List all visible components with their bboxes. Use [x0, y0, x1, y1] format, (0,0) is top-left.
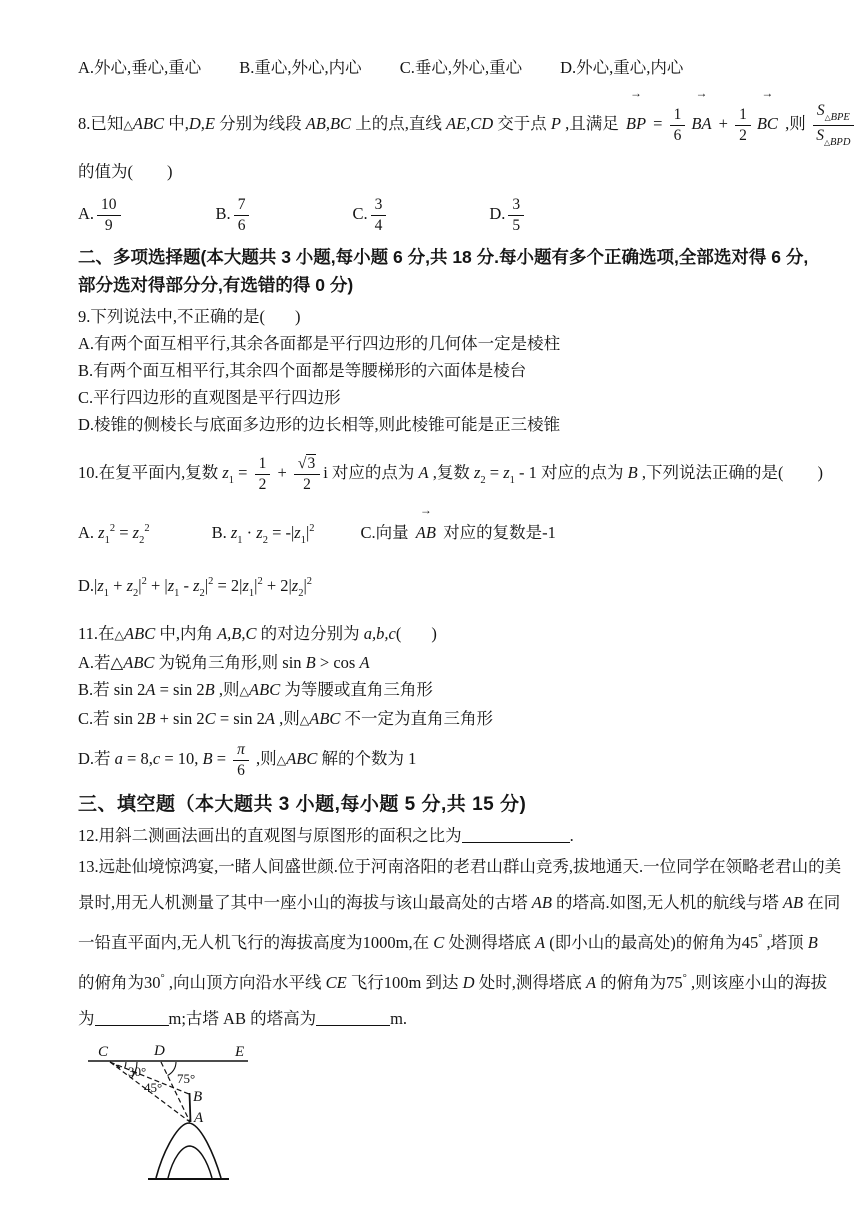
vector-arrow: →AB	[416, 516, 436, 549]
q8-options-row: A.109B.76C.34D.35	[78, 189, 820, 239]
question-13-figure: C D E B A 30° 45° 75°	[80, 1043, 820, 1191]
answer-blank	[316, 1008, 390, 1026]
q9-option-d: D.棱锥的侧棱长与底面多边形的边长相等,则此棱锥可能是正三棱锥	[78, 411, 820, 438]
figure-label-c: C	[98, 1044, 109, 1060]
q8-prompt: 的值为()	[78, 158, 820, 185]
angle-arc-30	[125, 1062, 127, 1069]
angle-arc-75	[168, 1062, 177, 1076]
vector-arrow: →BC	[757, 99, 778, 149]
q13-line-3: 一铅直平面内,无人机飞行的海拔高度为1000m,在 C 处测得塔底 A (即小山…	[78, 921, 820, 961]
q13-line-4: 的俯角为30° ,向山顶方向沿水平线 CE 飞行100m 到达 D 处时,测得塔…	[78, 961, 820, 1001]
q9-option-c: C.平行四边形的直观图是平行四边形	[78, 384, 820, 411]
q12-line: 12.用斜二测画法画出的直观图与原图形的面积之比为.	[78, 822, 820, 849]
q9-stem: 9.下列说法中,不正确的是()	[78, 303, 820, 330]
q13-line-5: 为m;古塔 AB 的塔高为m.	[78, 1001, 820, 1037]
figure-angle-75: 75°	[177, 1071, 195, 1086]
vector-arrow: →BP	[626, 99, 646, 149]
q10-option-d: D.|z1 + z2|2 + |z1 - z2|2 = 2|z1|2 + 2|z…	[78, 565, 820, 610]
q9-option-a: A.有两个面互相平行,其余各面都是平行四边形的几何体一定是棱柱	[78, 330, 820, 357]
q10-options-abc: A. z12 = z22B. z1 · z2 = -|z1|2C.向量 →AB …	[78, 512, 820, 557]
q11-option-b: B.若 sin 2A = sin 2B ,则△ABC 为等腰或直角三角形	[78, 676, 820, 705]
figure-label-b: B	[193, 1089, 202, 1105]
section-3-header: 三、填空题（本大题共 3 小题,每小题 5 分,共 15 分)	[78, 791, 820, 818]
mountain-inner	[168, 1146, 212, 1178]
q13-line-2: 景时,用无人机测量了其中一座小山的海拔与该山最高处的古塔 AB 的塔高.如图,无…	[78, 885, 820, 921]
section-2-header: 二、多项选择题(本大题共 3 小题,每小题 6 分,共 18 分.每小题有多个正…	[78, 243, 820, 299]
mountain-tower-diagram: C D E B A 30° 45° 75°	[80, 1043, 260, 1191]
q11-stem: 11.在△ABC 中,内角 A,B,C 的对边分别为 a,b,c()	[78, 620, 820, 649]
figure-label-d: D	[153, 1043, 165, 1059]
q11-option-c: C.若 sin 2B + sin 2C = sin 2A ,则△ABC 不一定为…	[78, 705, 820, 734]
figure-angle-45: 45°	[144, 1080, 162, 1095]
answer-blank	[95, 1008, 169, 1026]
q11-option-a: A.若△ABC 为锐角三角形,则 sin B > cos A	[78, 649, 820, 676]
q8-stem: 8.已知△ABC 中,D,E 分别为线段 AB,BC 上的点,直线 AE,CD …	[78, 99, 820, 150]
tower-ab	[190, 1093, 191, 1122]
mountain-outer	[156, 1123, 221, 1178]
figure-label-e: E	[234, 1044, 244, 1060]
q13-line-1: 13.远赴仙境惊鸿宴,一睹人间盛世颜.位于河南洛阳的老君山群山竞秀,拔地通天.一…	[78, 849, 820, 885]
figure-angle-30: 30°	[128, 1064, 146, 1079]
figure-label-a: A	[193, 1110, 204, 1126]
exam-page: A.外心,垂心,重心B.重心,外心,内心C.垂心,外心,重心D.外心,重心,内心…	[0, 0, 860, 1216]
answer-blank	[462, 825, 570, 843]
q9-option-b: B.有两个面互相平行,其余四个面都是等腰梯形的六面体是棱台	[78, 357, 820, 384]
q11-option-d: D.若 a = 8,c = 10, B = π6 ,则△ABC 解的个数为 1	[78, 734, 820, 785]
vector-arrow: →BA	[691, 99, 711, 149]
q7-options-row: A.外心,垂心,重心B.重心,外心,内心C.垂心,外心,重心D.外心,重心,内心	[78, 54, 820, 81]
q10-stem: 10.在复平面内,复数 z1 = 12 + √32i 对应的点为 A ,复数 z…	[78, 448, 820, 506]
